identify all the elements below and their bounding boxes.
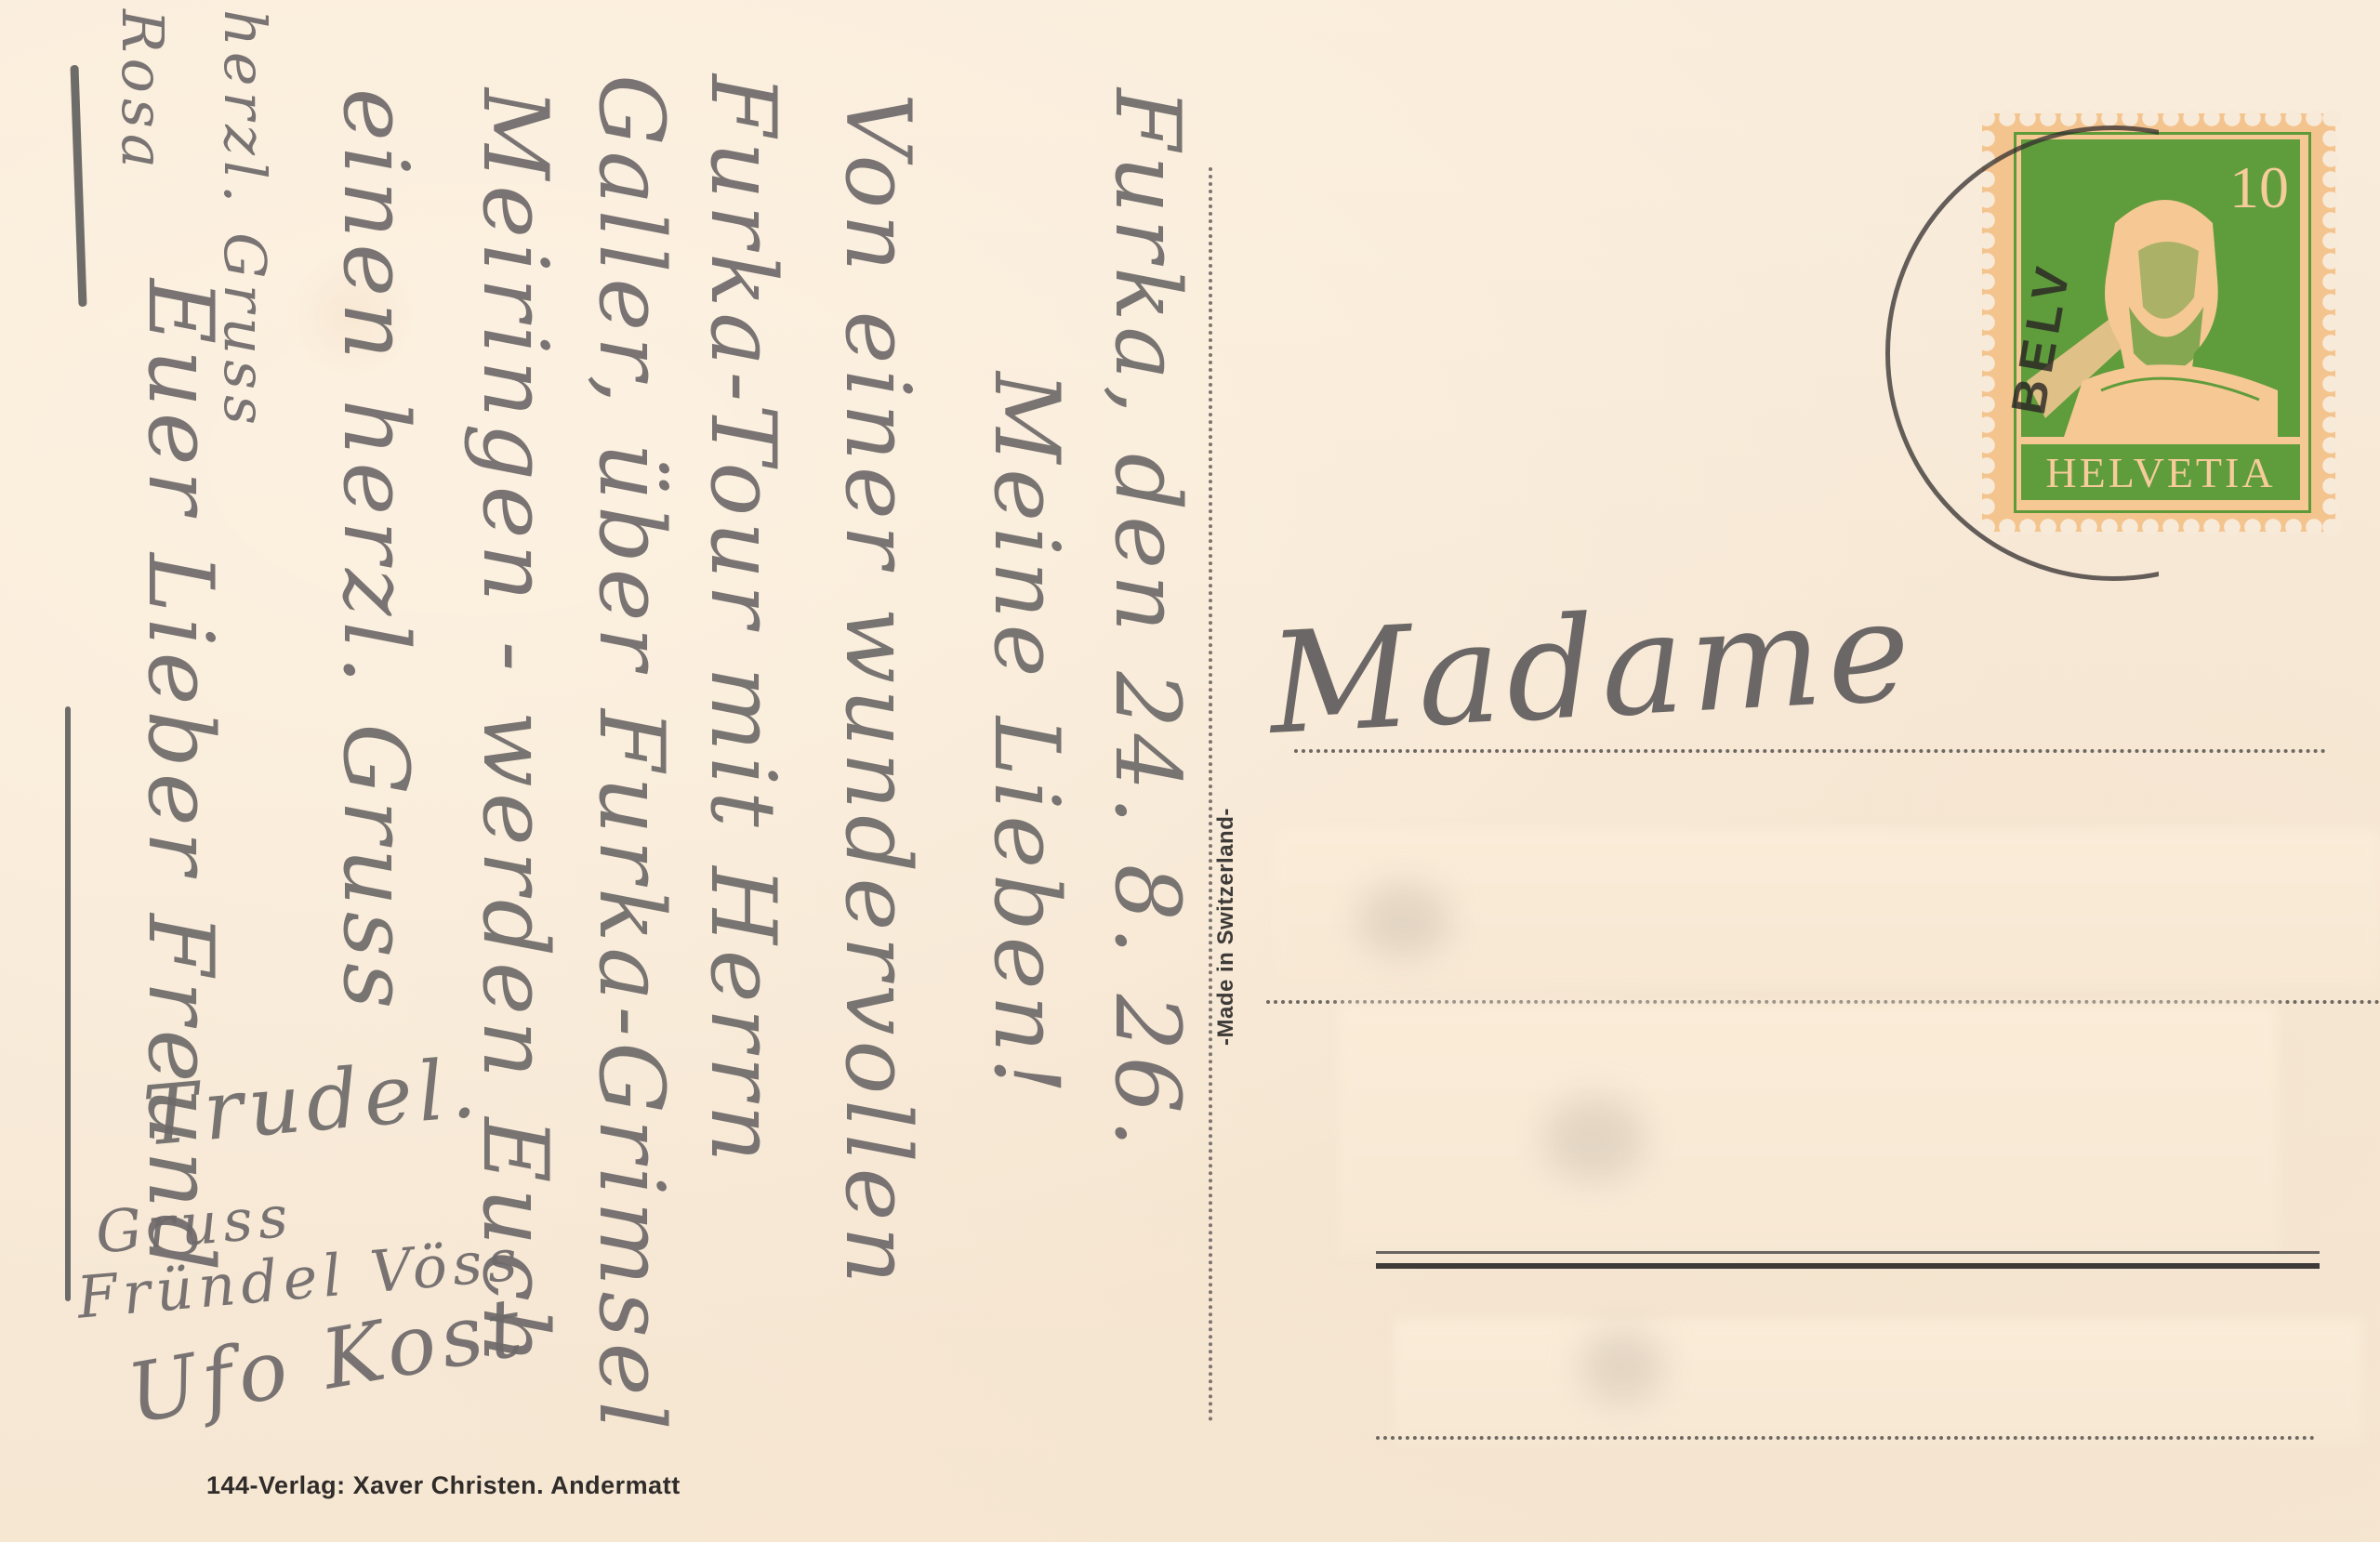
- margin-note-2: Rosa: [109, 9, 177, 174]
- redaction-smudge: [1543, 1097, 1646, 1180]
- redaction-smudge: [1357, 883, 1450, 957]
- card-divider: [1209, 167, 1212, 1422]
- message-line-greeting: Meine Lieben!: [974, 372, 1078, 1100]
- redacted-address-2: [1339, 1004, 2278, 1255]
- redacted-address-3: [1395, 1320, 2361, 1441]
- address-line-1: [1294, 749, 2326, 753]
- message-line-5: Galler, über Furka-Grimsel: [579, 74, 683, 1435]
- margin-note-1: herzl. Gruss: [211, 9, 279, 430]
- message-line-date: Furka, den 24. 8. 26.: [1095, 88, 1199, 1153]
- address-line-4: [1376, 1436, 2315, 1440]
- made-in-switzerland: -Made in Switzerland-: [1213, 808, 1239, 1046]
- publisher-imprint: 144-Verlag: Xaver Christen. Andermatt: [206, 1471, 681, 1500]
- message-line-3: Von einer wundervollen: [826, 93, 930, 1289]
- message-line-4: Furka-Tour mit Herrn: [691, 74, 795, 1167]
- underline-stroke: [65, 706, 71, 1301]
- redaction-smudge: [1580, 1329, 1664, 1404]
- message-line-7: einen herzl. Gruss: [324, 88, 428, 1014]
- message-line-6: Meiringen - werden Euch: [463, 88, 567, 1370]
- address-salutation: Madame: [1265, 571, 1920, 766]
- address-line-3: [1376, 1251, 2320, 1269]
- stamp-value: 10: [2229, 153, 2289, 222]
